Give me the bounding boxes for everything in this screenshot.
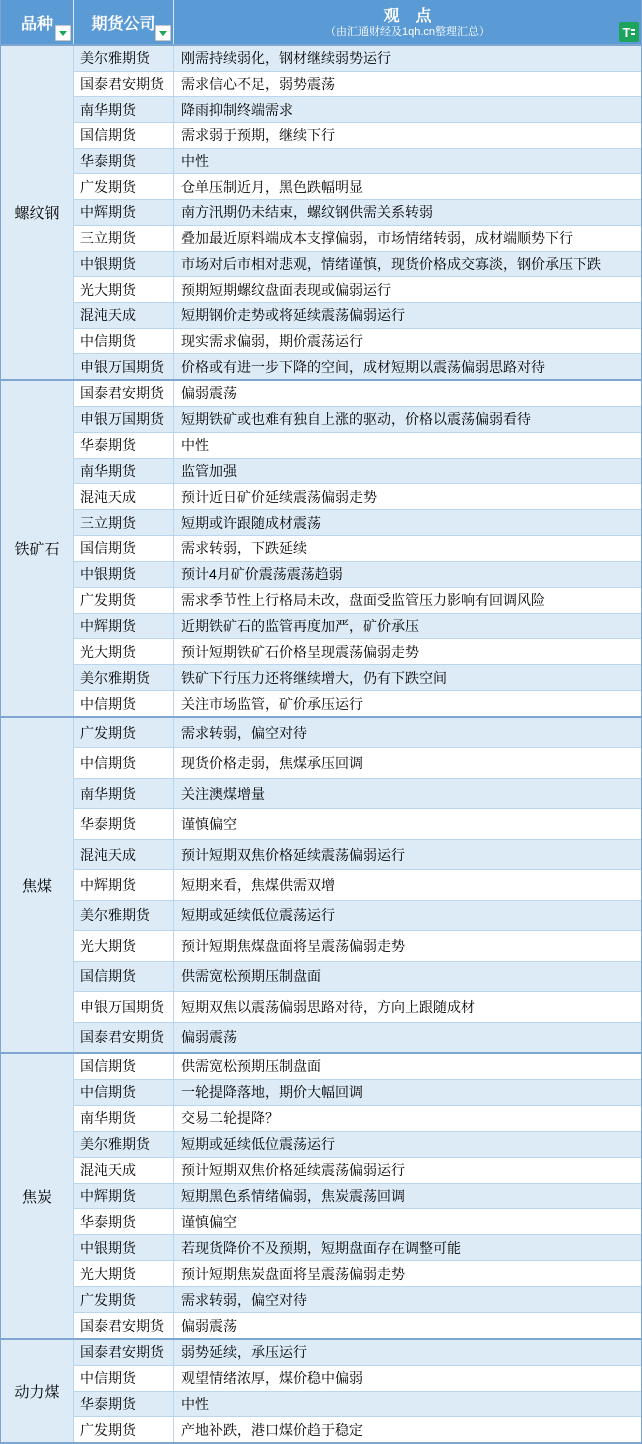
view-cell: 需求转弱，偏空对待 [174,718,641,747]
company-cell: 三立期货 [74,510,174,535]
company-cell: 混沌天成 [74,484,174,509]
company-cell: 国泰君安期货 [74,1313,174,1338]
variety-label: 焦炭 [22,1186,52,1207]
table-row: 广发期货仓单压制近月，黑色跌幅明显 [74,174,641,200]
view-cell: 南方汛期仍未结束，螺纹钢供需关系转弱 [174,200,641,225]
company-cell: 中辉期货 [74,1184,174,1209]
company-cell: 华泰期货 [74,1209,174,1234]
company-cell: 光大期货 [74,931,174,960]
company-cell: 中银期货 [74,252,174,277]
table-row: 南华期货关注澳煤增量 [74,779,641,809]
table-row: 混沌天成预计短期双焦价格延续震荡偏弱运行 [74,1158,641,1184]
view-cell: 关注市场监管，矿价承压运行 [174,691,641,716]
view-cell: 短期铁矿或也难有独自上涨的驱动，价格以震荡偏弱看待 [174,407,641,432]
view-cell: 仓单压制近月，黑色跌幅明显 [174,174,641,199]
company-cell: 南华期货 [74,1106,174,1131]
column-header-views: 观 点 （由汇通财经及1qh.cn整理汇总） T [174,0,641,44]
company-cell: 混沌天成 [74,303,174,328]
company-cell: 申银万国期货 [74,992,174,1021]
table-row: 光大期货预期短期螺纹盘面表现或偏弱运行 [74,277,641,303]
variety-label: 铁矿石 [14,538,59,559]
table-row: 中银期货若现货降价不及预期，短期盘面存在调整可能 [74,1235,641,1261]
commodity-group-1: 铁矿石国泰君安期货偏弱震荡申银万国期货短期铁矿或也难有独自上涨的驱动，价格以震荡… [1,379,641,716]
group-rows: 国信期货供需宽松预期压制盘面中信期货一轮提降落地，期价大幅回调南华期货交易二轮提… [74,1054,641,1338]
view-cell: 谨慎偏空 [174,809,641,838]
company-cell: 国泰君安期货 [74,72,174,97]
table-row: 广发期货需求转弱，偏空对待 [74,718,641,748]
view-cell: 市场对后市相对悲观，情绪谨慎，现货价格成交寡淡，钢价承压下跌 [174,252,641,277]
views-header-subtitle: （由汇通财经及1qh.cn整理汇总） [325,26,490,39]
table-row: 混沌天成预计短期双焦价格延续震荡偏弱运行 [74,840,641,870]
company-filter-button[interactable] [155,25,171,41]
company-cell: 华泰期货 [74,149,174,174]
table-row: 华泰期货中性 [74,1392,641,1418]
company-cell: 南华期货 [74,459,174,484]
table-row: 光大期货预计短期焦炭盘面将呈震荡偏弱走势 [74,1261,641,1287]
view-cell: 预计近日矿价延续震荡偏弱走势 [174,484,641,509]
table-row: 美尔雅期货短期或延续低位震荡运行 [74,901,641,931]
table-row: 混沌天成短期钢价走势或将延续震荡偏弱运行 [74,303,641,329]
view-cell: 需求季节性上行格局未改，盘面受监管压力影响有回调风险 [174,588,641,613]
variety-cell: 动力煤 [1,1340,74,1442]
view-cell: 预计短期双焦价格延续震荡偏弱运行 [174,840,641,869]
company-cell: 国信期货 [74,1054,174,1079]
view-cell: 短期黑色系情绪偏弱，焦炭震荡回调 [174,1184,641,1209]
view-cell: 监管加强 [174,459,641,484]
table-row: 混沌天成预计近日矿价延续震荡偏弱走势 [74,484,641,510]
table-row: 广发期货产地补跌，港口煤价趋于稳定 [74,1417,641,1442]
view-cell: 一轮提降落地，期价大幅回调 [174,1080,641,1105]
variety-header-label: 品种 [21,11,53,34]
view-cell: 中性 [174,1392,641,1417]
view-cell: 价格或有进一步下降的空间，成材短期以震荡偏弱思路对待 [174,354,641,379]
table-row: 国泰君安期货偏弱震荡 [74,1313,641,1338]
view-cell: 短期或延续低位震荡运行 [174,901,641,930]
dropdown-arrow-icon [159,31,167,36]
company-cell: 美尔雅期货 [74,665,174,690]
table-row: 美尔雅期货铁矿下行压力还将继续增大，仍有下跌空间 [74,665,641,691]
view-cell: 短期双焦以震荡偏弱思路对待，方向上跟随成材 [174,992,641,1021]
view-cell: 偏弱震荡 [174,381,641,406]
table-row: 中银期货预计4月矿价震荡震荡趋弱 [74,562,641,588]
view-cell: 中性 [174,433,641,458]
view-cell: 短期或许跟随成材震荡 [174,510,641,535]
table-row: 申银万国期货短期双焦以震荡偏弱思路对待，方向上跟随成材 [74,992,641,1022]
view-cell: 预计短期焦炭盘面将呈震荡偏弱走势 [174,1261,641,1286]
company-cell: 国信期货 [74,962,174,991]
view-cell: 短期钢价走势或将延续震荡偏弱运行 [174,303,641,328]
view-cell: 预计4月矿价震荡震荡趋弱 [174,562,641,587]
company-cell: 中辉期货 [74,614,174,639]
table-row: 中信期货观望情绪浓厚，煤价稳中偏弱 [74,1366,641,1392]
table-row: 中信期货现货价格走弱，焦煤承压回调 [74,748,641,778]
view-cell: 偏弱震荡 [174,1313,641,1338]
company-cell: 国信期货 [74,536,174,561]
company-cell: 中信期货 [74,1366,174,1391]
table-row: 国泰君安期货需求信心不足，弱势震荡 [74,72,641,98]
group-rows: 国泰君安期货弱势延续，承压运行中信期货观望情绪浓厚，煤价稳中偏弱华泰期货中性广发… [74,1340,641,1442]
view-cell: 现货价格走弱，焦煤承压回调 [174,748,641,777]
table-row: 中辉期货短期来看，焦煤供需双增 [74,870,641,900]
variety-label: 动力煤 [14,1381,59,1402]
view-cell: 现实需求偏弱，期价震荡运行 [174,329,641,354]
variety-cell: 铁矿石 [1,381,74,716]
company-cell: 南华期货 [74,97,174,122]
table-row: 南华期货降雨抑制终端需求 [74,97,641,123]
table-row: 中辉期货近期铁矿石的监管再度加严，矿价承压 [74,614,641,640]
company-cell: 广发期货 [74,588,174,613]
table-row: 国泰君安期货弱势延续，承压运行 [74,1340,641,1366]
table-row: 申银万国期货短期铁矿或也难有独自上涨的驱动，价格以震荡偏弱看待 [74,407,641,433]
view-cell: 需求信心不足，弱势震荡 [174,72,641,97]
view-cell: 产地补跌，港口煤价趋于稳定 [174,1417,641,1442]
table-row: 美尔雅期货刚需持续弱化，钢材继续弱势运行 [74,46,641,72]
table-row: 广发期货需求季节性上行格局未改，盘面受监管压力影响有回调风险 [74,588,641,614]
company-cell: 混沌天成 [74,840,174,869]
table-tag-letter: T [623,26,631,39]
futures-views-table: 品种 期货公司 观 点 （由汇通财经及1qh.cn整理汇总） T 螺纹钢美尔雅期… [0,0,642,1444]
views-header-title: 观 点 [383,8,431,26]
view-cell: 预计短期铁矿石价格呈现震荡偏弱走势 [174,639,641,664]
company-cell: 南华期货 [74,779,174,808]
table-row: 中银期货市场对后市相对悲观，情绪谨慎，现货价格成交寡淡，钢价承压下跌 [74,252,641,278]
view-cell: 观望情绪浓厚，煤价稳中偏弱 [174,1366,641,1391]
table-row: 国泰君安期货偏弱震荡 [74,1023,641,1052]
variety-filter-button[interactable] [55,25,71,41]
table-row: 中信期货现实需求偏弱，期价震荡运行 [74,329,641,355]
view-cell: 关注澳煤增量 [174,779,641,808]
company-cell: 美尔雅期货 [74,1132,174,1157]
dropdown-arrow-icon [59,31,67,36]
table-header: 品种 期货公司 观 点 （由汇通财经及1qh.cn整理汇总） T [1,0,641,44]
variety-cell: 螺纹钢 [1,46,74,379]
table-row: 南华期货监管加强 [74,459,641,485]
view-cell: 短期或延续低位震荡运行 [174,1132,641,1157]
company-cell: 光大期货 [74,277,174,302]
company-cell: 华泰期货 [74,1392,174,1417]
company-cell: 中银期货 [74,562,174,587]
table-row: 华泰期货中性 [74,433,641,459]
view-cell: 中性 [174,149,641,174]
table-tag-lines-icon [631,29,635,35]
table-row: 国信期货需求弱于预期，继续下行 [74,123,641,149]
table-tag-icon[interactable]: T [619,22,639,42]
commodity-group-0: 螺纹钢美尔雅期货刚需持续弱化，钢材继续弱势运行国泰君安期货需求信心不足，弱势震荡… [1,44,641,379]
company-cell: 申银万国期货 [74,407,174,432]
commodity-group-4: 动力煤国泰君安期货弱势延续，承压运行中信期货观望情绪浓厚，煤价稳中偏弱华泰期货中… [1,1338,641,1444]
group-rows: 广发期货需求转弱，偏空对待中信期货现货价格走弱，焦煤承压回调南华期货关注澳煤增量… [74,718,641,1052]
view-cell: 供需宽松预期压制盘面 [174,1054,641,1079]
company-cell: 广发期货 [74,1287,174,1312]
variety-cell: 焦炭 [1,1054,74,1338]
company-cell: 美尔雅期货 [74,46,174,71]
view-cell: 若现货降价不及预期，短期盘面存在调整可能 [174,1235,641,1260]
company-cell: 国泰君安期货 [74,1340,174,1365]
table-row: 中辉期货短期黑色系情绪偏弱，焦炭震荡回调 [74,1184,641,1210]
view-cell: 需求转弱，下跌延续 [174,536,641,561]
company-cell: 中信期货 [74,1080,174,1105]
table-row: 华泰期货谨慎偏空 [74,1209,641,1235]
table-row: 中信期货关注市场监管，矿价承压运行 [74,691,641,716]
table-row: 国信期货供需宽松预期压制盘面 [74,1054,641,1080]
view-cell: 谨慎偏空 [174,1209,641,1234]
group-rows: 国泰君安期货偏弱震荡申银万国期货短期铁矿或也难有独自上涨的驱动，价格以震荡偏弱看… [74,381,641,716]
table-row: 三立期货叠加最近原料端成本支撑偏弱，市场情绪转弱，成材端顺势下行 [74,226,641,252]
commodity-group-3: 焦炭国信期货供需宽松预期压制盘面中信期货一轮提降落地，期价大幅回调南华期货交易二… [1,1052,641,1338]
company-cell: 三立期货 [74,226,174,251]
table-row: 华泰期货中性 [74,149,641,175]
variety-label: 螺纹钢 [14,202,59,223]
table-row: 广发期货需求转弱，偏空对待 [74,1287,641,1313]
table-row: 中信期货一轮提降落地，期价大幅回调 [74,1080,641,1106]
view-cell: 近期铁矿石的监管再度加严，矿价承压 [174,614,641,639]
company-cell: 中辉期货 [74,870,174,899]
company-cell: 中辉期货 [74,200,174,225]
company-cell: 光大期货 [74,639,174,664]
view-cell: 偏弱震荡 [174,1023,641,1052]
table-body: 螺纹钢美尔雅期货刚需持续弱化，钢材继续弱势运行国泰君安期货需求信心不足，弱势震荡… [1,44,641,1444]
company-cell: 华泰期货 [74,433,174,458]
company-cell: 申银万国期货 [74,354,174,379]
company-cell: 国信期货 [74,123,174,148]
variety-cell: 焦煤 [1,718,74,1052]
table-row: 光大期货预计短期铁矿石价格呈现震荡偏弱走势 [74,639,641,665]
column-header-company: 期货公司 [74,0,174,44]
view-cell: 预计短期双焦价格延续震荡偏弱运行 [174,1158,641,1183]
company-cell: 国泰君安期货 [74,1023,174,1052]
table-row: 华泰期货谨慎偏空 [74,809,641,839]
company-cell: 广发期货 [74,174,174,199]
company-cell: 广发期货 [74,718,174,747]
table-row: 三立期货短期或许跟随成材震荡 [74,510,641,536]
company-cell: 中信期货 [74,748,174,777]
view-cell: 需求转弱，偏空对待 [174,1287,641,1312]
company-header-label: 期货公司 [91,11,155,34]
table-row: 光大期货预计短期焦煤盘面将呈震荡偏弱走势 [74,931,641,961]
company-cell: 混沌天成 [74,1158,174,1183]
view-cell: 短期来看，焦煤供需双增 [174,870,641,899]
variety-label: 焦煤 [22,875,52,896]
view-cell: 降雨抑制终端需求 [174,97,641,122]
company-cell: 华泰期货 [74,809,174,838]
view-cell: 弱势延续，承压运行 [174,1340,641,1365]
view-cell: 预计短期焦煤盘面将呈震荡偏弱走势 [174,931,641,960]
view-cell: 供需宽松预期压制盘面 [174,962,641,991]
view-cell: 刚需持续弱化，钢材继续弱势运行 [174,46,641,71]
view-cell: 预期短期螺纹盘面表现或偏弱运行 [174,277,641,302]
table-row: 国信期货需求转弱，下跌延续 [74,536,641,562]
view-cell: 交易二轮提降？ [174,1106,641,1131]
commodity-group-2: 焦煤广发期货需求转弱，偏空对待中信期货现货价格走弱，焦煤承压回调南华期货关注澳煤… [1,716,641,1052]
company-cell: 国泰君安期货 [74,381,174,406]
company-cell: 广发期货 [74,1417,174,1442]
table-row: 国泰君安期货偏弱震荡 [74,381,641,407]
company-cell: 中信期货 [74,691,174,716]
table-row: 中辉期货南方汛期仍未结束，螺纹钢供需关系转弱 [74,200,641,226]
table-row: 南华期货交易二轮提降？ [74,1106,641,1132]
view-cell: 叠加最近原料端成本支撑偏弱，市场情绪转弱，成材端顺势下行 [174,226,641,251]
table-row: 美尔雅期货短期或延续低位震荡运行 [74,1132,641,1158]
company-cell: 美尔雅期货 [74,901,174,930]
table-row: 国信期货供需宽松预期压制盘面 [74,962,641,992]
view-cell: 铁矿下行压力还将继续增大，仍有下跌空间 [174,665,641,690]
company-cell: 中银期货 [74,1235,174,1260]
company-cell: 中信期货 [74,329,174,354]
column-header-variety: 品种 [1,0,74,44]
group-rows: 美尔雅期货刚需持续弱化，钢材继续弱势运行国泰君安期货需求信心不足，弱势震荡南华期… [74,46,641,379]
view-cell: 需求弱于预期，继续下行 [174,123,641,148]
table-row: 申银万国期货价格或有进一步下降的空间，成材短期以震荡偏弱思路对待 [74,354,641,379]
company-cell: 光大期货 [74,1261,174,1286]
